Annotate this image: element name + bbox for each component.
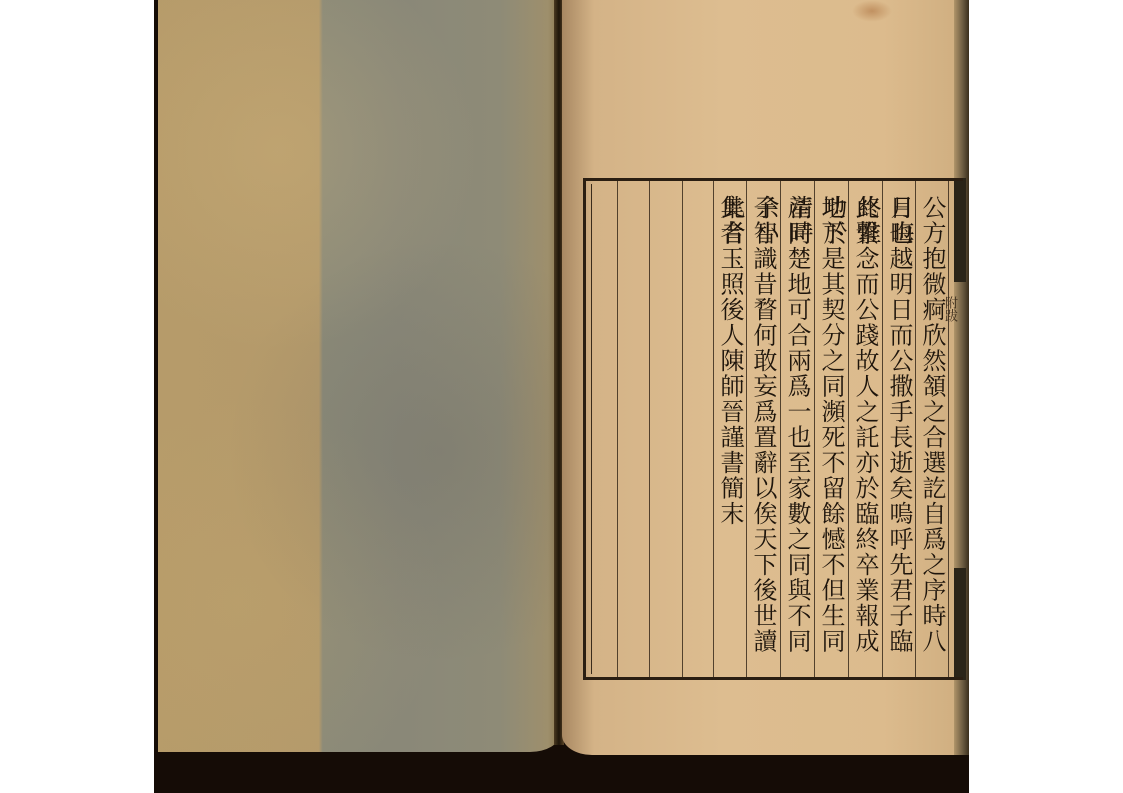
text-column-3: 此繫念而公踐故人之託亦於臨終卒業報成功於 [849,195,881,677]
text-column-7: 集者玉照後人陳師晉謹書簡末 [714,195,746,527]
text-column-2: 日也越明日而公撒手長逝矣嗚呼先君子臨終惟 [883,195,915,677]
left-page-blank [158,0,560,752]
column-rule [948,181,949,677]
column-rule [649,181,650,677]
column-rule [682,181,683,677]
text-column-1: 公方抱微痾欣然頷之合選訖自爲之序時八月晦 [916,195,948,677]
text-frame: 公方抱微痾欣然頷之合選訖自爲之序時八月晦 日也越明日而公撒手長逝矣嗚呼先君子臨終… [583,178,963,680]
column-rule [617,181,618,677]
text-column-6: 子智識昔瞀何敢妄爲置辭以俟天下後世讀此合 [747,195,779,677]
text-column-5: 產同楚地可合兩爲一也至家數之同與不同余小 [781,195,813,677]
book-scan: 附跋 公方抱微痾欣然頷之合選訖自爲之序時八月晦 日也越明日而公撒手長逝矣嗚呼先君… [154,0,969,793]
frame-inner-border [591,184,592,674]
text-column-4: 地下是其契分之同瀕死不留餘憾不但生同清時 [815,195,847,677]
